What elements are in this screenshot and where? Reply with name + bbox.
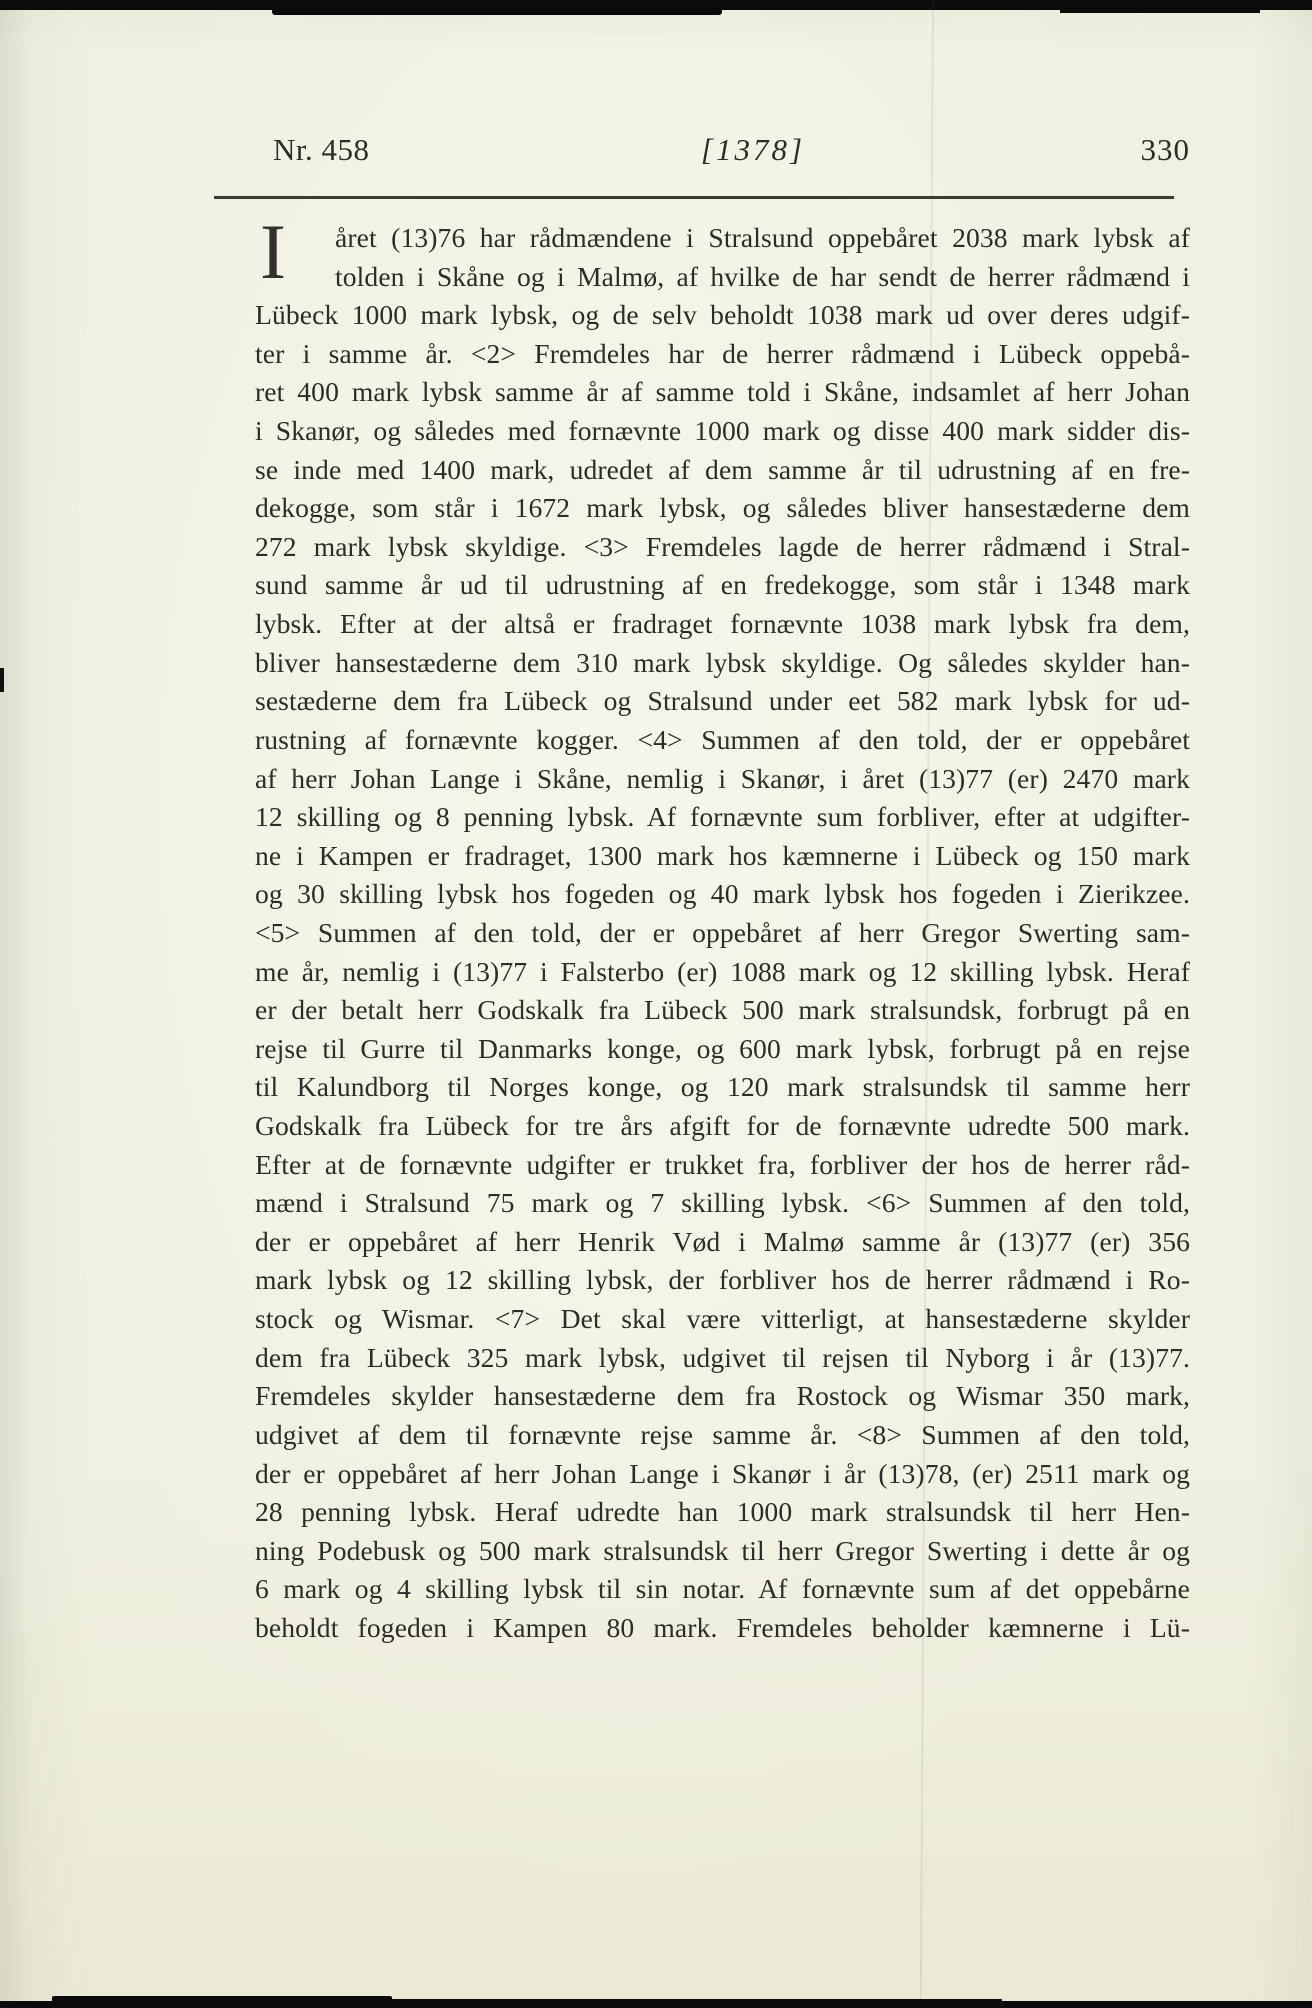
text-line: der er oppebåret af herr Johan Lange i S… xyxy=(255,1455,1190,1494)
text-line: bliver hansestæderne dem 310 mark lybsk … xyxy=(255,644,1190,683)
text-line: Lübeck 1000 mark lybsk, og de selv behol… xyxy=(255,296,1190,335)
scan-bar-top-right-segment xyxy=(1060,0,1260,13)
document-text-block: året (13)76 har rådmændene i Stralsund o… xyxy=(255,219,1190,1648)
text-line: stock og Wismar. <7> Det skal være vitte… xyxy=(255,1300,1190,1339)
page-number: 330 xyxy=(1141,132,1191,168)
text-line: Godskalk fra Lübeck for tre års afgift f… xyxy=(255,1107,1190,1146)
year-label: [1378] xyxy=(701,132,805,168)
text-line: dekogge, som står i 1672 mark lybsk, og … xyxy=(255,489,1190,528)
text-line: 6 mark og 4 skilling lybsk til sin notar… xyxy=(255,1570,1190,1609)
scan-bar-bottom-mid-segment xyxy=(392,1999,1002,2008)
text-line: 272 mark lybsk skyldige. <3> Fremdeles l… xyxy=(255,528,1190,567)
text-line: Efter at de fornævnte udgifter er trukke… xyxy=(255,1146,1190,1185)
text-line: ret 400 mark lybsk samme år af samme tol… xyxy=(255,373,1190,412)
text-line: rejse til Gurre til Danmarks konge, og 6… xyxy=(255,1030,1190,1069)
text-line: sestæderne dem fra Lübeck og Stralsund u… xyxy=(255,682,1190,721)
text-line: af herr Johan Lange i Skåne, nemlig i Sk… xyxy=(255,760,1190,799)
scan-bar-bottom-thick-segment xyxy=(52,1996,392,2008)
document-number: Nr. 458 xyxy=(273,132,370,168)
text-line: 28 penning lybsk. Heraf udredte han 1000… xyxy=(255,1493,1190,1532)
text-line: beholdt fogeden i Kampen 80 mark. Fremde… xyxy=(255,1609,1190,1648)
text-line: rustning af fornævnte kogger. <4> Summen… xyxy=(255,721,1190,760)
running-head: Nr. 458 [1378] 330 xyxy=(0,132,1312,172)
text-line: mænd i Stralsund 75 mark og 7 skilling l… xyxy=(255,1184,1190,1223)
text-line: til Kalundborg til Norges konge, og 120 … xyxy=(255,1068,1190,1107)
text-line: mark lybsk og 12 skilling lybsk, der for… xyxy=(255,1261,1190,1300)
text-line: dem fra Lübeck 325 mark lybsk, udgivet t… xyxy=(255,1339,1190,1378)
text-line: lybsk. Efter at der altså er fradraget f… xyxy=(255,605,1190,644)
text-line: ter i samme år. <2> Fremdeles har de her… xyxy=(255,335,1190,374)
text-line: ning Podebusk og 500 mark stralsundsk ti… xyxy=(255,1532,1190,1571)
text-line: udgivet af dem til fornævnte rejse samme… xyxy=(255,1416,1190,1455)
text-line: i Skanør, og således med fornævnte 1000 … xyxy=(255,412,1190,451)
text-line: er der betalt herr Godskalk fra Lübeck 5… xyxy=(255,991,1190,1030)
text-line: året (13)76 har rådmændene i Stralsund o… xyxy=(255,219,1190,258)
text-line: <5> Summen af den told, der er oppebåret… xyxy=(255,914,1190,953)
text-line: sund samme år ud til udrustning af en fr… xyxy=(255,566,1190,605)
text-line: se inde med 1400 mark, udredet af dem sa… xyxy=(255,451,1190,490)
scanned-book-page: { "page": { "colors": { "paper": "#f1f1e… xyxy=(0,0,1312,2008)
scan-mark-left-edge xyxy=(0,668,4,692)
text-line: me år, nemlig i (13)77 i Falsterbo (er) … xyxy=(255,953,1190,992)
text-line: ne i Kampen er fradraget, 1300 mark hos … xyxy=(255,837,1190,876)
text-line: der er oppebåret af herr Henrik Vød i Ma… xyxy=(255,1223,1190,1262)
text-line: 12 skilling og 8 penning lybsk. Af fornæ… xyxy=(255,798,1190,837)
scan-bar-top-thick-segment xyxy=(272,0,722,15)
header-rule xyxy=(214,196,1174,199)
text-line: Fremdeles skylder hansestæderne dem fra … xyxy=(255,1377,1190,1416)
text-line: tolden i Skåne og i Malmø, af hvilke de … xyxy=(255,258,1190,297)
text-line: og 30 skilling lybsk hos fogeden og 40 m… xyxy=(255,875,1190,914)
